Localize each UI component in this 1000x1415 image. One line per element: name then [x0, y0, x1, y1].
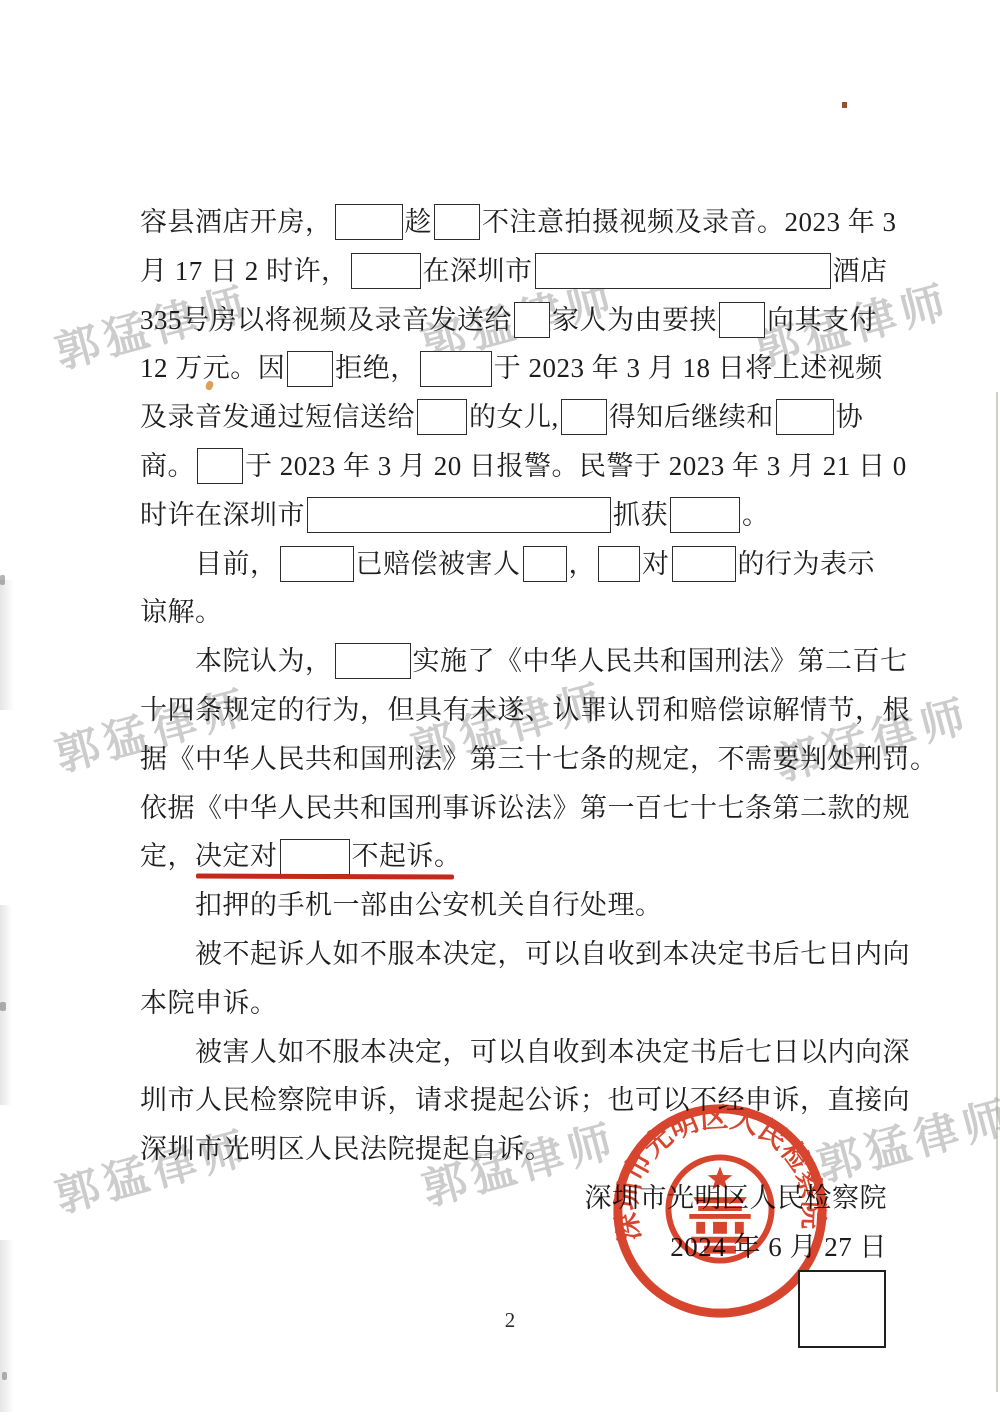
doc-line: 12 万元。因拒绝，于 2023 年 3 月 18 日将上述视频 [140, 344, 892, 393]
decision-underline [196, 874, 454, 879]
doc-text: 335号房以将视频及录音发送给 [140, 305, 512, 335]
doc-text: 被害人如不服本决定，可以自收到本决定书后七日以内向深 [195, 1037, 910, 1067]
scan-speck [2, 1372, 7, 1380]
redaction-box [670, 497, 740, 533]
doc-text: 于 2023 年 3 月 20 日报警。民警于 2023 年 3 月 21 日 … [245, 451, 907, 481]
doc-text: 扣押的手机一部由公安机关自行处理。 [195, 890, 663, 920]
redaction-box [335, 204, 403, 240]
doc-text: 不注意拍摄视频及录音。2023 年 3 [482, 207, 897, 237]
doc-text: 时许在深圳市 [140, 500, 305, 530]
doc-text: 的女儿, [469, 402, 559, 432]
doc-text: 深圳市光明区人民法院提起自诉。 [140, 1134, 553, 1164]
redaction-box [417, 399, 467, 435]
redaction-box [514, 302, 550, 338]
doc-text: 商。 [140, 451, 195, 481]
redaction-box [351, 253, 421, 289]
doc-line: 被不起诉人如不服本决定，可以自收到本决定书后七日内向 [140, 930, 892, 979]
redaction-box [598, 546, 640, 582]
redaction-box-signature [798, 1270, 886, 1348]
doc-line: 月 17 日 2 时许，在深圳市酒店 [140, 247, 892, 296]
doc-text: 目前， [195, 549, 278, 579]
redaction-box [535, 253, 831, 289]
doc-text: 谅解。 [140, 597, 223, 627]
doc-line: 容县酒店开房，趁不注意拍摄视频及录音。2023 年 3 [140, 198, 892, 247]
doc-text: 12 万元。因 [140, 353, 285, 383]
doc-line: 本院认为，实施了《中华人民共和国刑法》第二百七 [140, 637, 892, 686]
redaction-box [287, 351, 333, 387]
ink-speck [842, 102, 847, 108]
redaction-box [420, 351, 492, 387]
doc-text: 趁 [405, 207, 433, 237]
doc-text: 定，决定对 [140, 841, 278, 871]
doc-line: 及录音发通过短信送给的女儿,得知后继续和协 [140, 393, 892, 442]
doc-text: 已赔偿被害人 [356, 549, 521, 579]
redaction-box [280, 546, 354, 582]
doc-text: 得知后继续和 [609, 402, 774, 432]
scan-smudge [0, 580, 14, 710]
scan-edge-line [996, 392, 998, 1392]
redaction-box [776, 399, 834, 435]
doc-text: 不起诉。 [352, 841, 462, 871]
doc-line: 目前，已赔偿被害人，对的行为表示 [140, 540, 892, 589]
doc-text: 。 [742, 500, 770, 530]
doc-line: 被害人如不服本决定，可以自收到本决定书后七日以内向深 [140, 1028, 892, 1077]
doc-text: 本院认为， [195, 646, 333, 676]
doc-text: 依据《中华人民共和国刑事诉讼法》第一百七十七条第二款的规 [140, 793, 910, 823]
doc-line: 十四条规定的行为，但具有未遂、认罪认罚和赔偿谅解情节，根 [140, 686, 892, 735]
doc-line: 谅解。 [140, 588, 892, 637]
doc-text: 的行为表示 [738, 549, 876, 579]
doc-text: 实施了《中华人民共和国刑法》第二百七 [413, 646, 908, 676]
redaction-box [719, 302, 765, 338]
scanned-document-page: 郭猛律师 郭猛律师 郭猛律师 郭猛律师 郭猛律师 郭猛律师 郭猛律师 郭猛律师 … [0, 0, 1000, 1415]
doc-text: 本院申诉。 [140, 988, 278, 1018]
scan-speck [0, 1002, 6, 1011]
doc-text: 月 17 日 2 时许， [140, 256, 349, 286]
doc-line: 本院申诉。 [140, 979, 892, 1028]
doc-text: 家人为由要挟 [552, 305, 717, 335]
scan-speck [0, 575, 5, 585]
doc-line: 商。于 2023 年 3 月 20 日报警。民警于 2023 年 3 月 21 … [140, 442, 892, 491]
redaction-box [523, 546, 567, 582]
national-emblem-icon [668, 1157, 771, 1260]
doc-text: 据《中华人民共和国刑法》第三十七条的规定，不需要判处刑罚。 [140, 744, 938, 774]
redaction-box [561, 399, 607, 435]
doc-text: 于 2023 年 3 月 18 日将上述视频 [494, 353, 883, 383]
doc-text: 在深圳市 [423, 256, 533, 286]
doc-line: 依据《中华人民共和国刑事诉讼法》第一百七十七条第二款的规 [140, 784, 892, 833]
doc-text: 十四条规定的行为，但具有未遂、认罪认罚和赔偿谅解情节，根 [140, 695, 910, 725]
doc-text: 向其支付 [767, 305, 877, 335]
redaction-box [434, 204, 480, 240]
doc-line: 335号房以将视频及录音发送给家人为由要挟向其支付 [140, 296, 892, 345]
redaction-box [672, 546, 736, 582]
doc-text: 被不起诉人如不服本决定，可以自收到本决定书后七日内向 [195, 939, 910, 969]
doc-text: 及录音发通过短信送给 [140, 402, 415, 432]
doc-text: ， [569, 549, 597, 579]
redaction-box [307, 497, 611, 533]
redaction-box [197, 448, 243, 484]
doc-text: 容县酒店开房， [140, 207, 333, 237]
doc-line: 据《中华人民共和国刑法》第三十七条的规定，不需要判处刑罚。 [140, 735, 892, 784]
doc-text: 对 [642, 549, 670, 579]
doc-text: 拒绝， [335, 353, 418, 383]
scan-smudge [0, 1240, 14, 1412]
redaction-box [335, 643, 411, 679]
doc-text: 抓获 [613, 500, 668, 530]
doc-line: 扣押的手机一部由公安机关自行处理。 [140, 881, 892, 930]
doc-text: 酒店 [833, 256, 888, 286]
redaction-box [280, 839, 350, 875]
doc-text: 协 [836, 402, 864, 432]
doc-line: 时许在深圳市抓获。 [140, 491, 892, 540]
